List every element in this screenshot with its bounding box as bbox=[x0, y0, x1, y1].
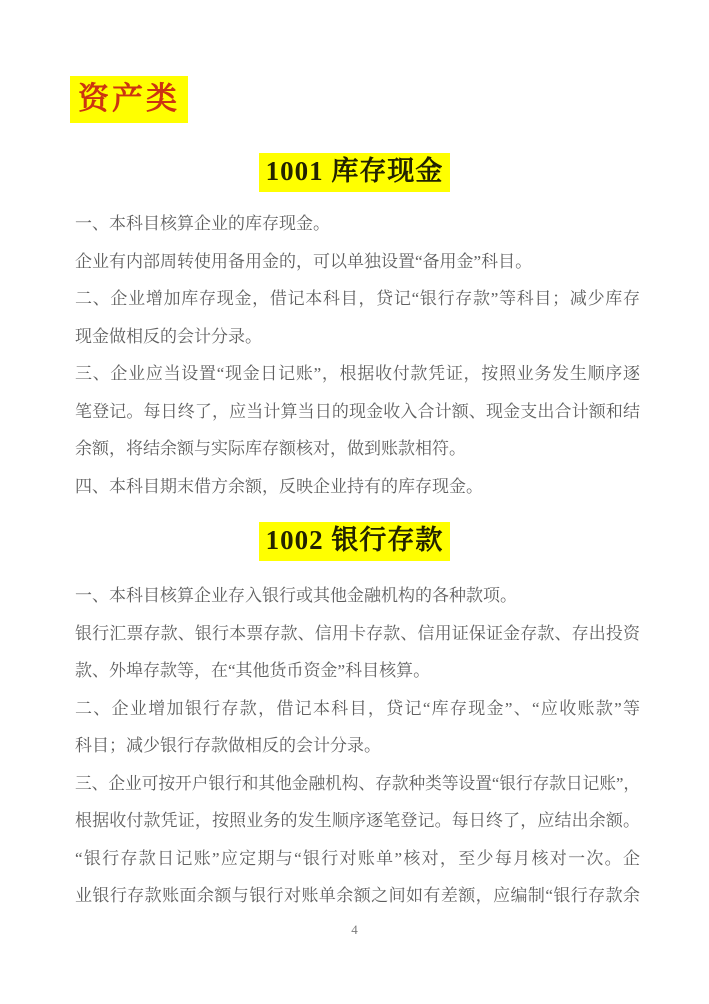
text-line: 科目；减少银行存款做相反的会计分录。 bbox=[75, 727, 640, 765]
text-line: 余额，将结余额与实际库存额核对，做到账款相符。 bbox=[75, 430, 640, 468]
document-page: 资产类 1001 库存现金 一、本科目核算企业的库存现金。企业有内部周转使用备用… bbox=[0, 0, 709, 1004]
text-line: 笔登记。每日终了，应当计算当日的现金收入合计额、现金支出合计额和结 bbox=[75, 393, 640, 431]
section-heading-text: 1001 库存现金 bbox=[259, 153, 451, 192]
doc-title: 资产类 bbox=[70, 76, 188, 123]
text-line: 业银行存款账面余额与银行对账单余额之间如有差额，应编制“银行存款余 bbox=[75, 877, 640, 915]
text-line: 四、本科目期末借方余额，反映企业持有的库存现金。 bbox=[75, 468, 640, 506]
text-line: 企业有内部周转使用备用金的，可以单独设置“备用金”科目。 bbox=[75, 243, 640, 281]
text-line: 款、外埠存款等，在“其他货币资金”科目核算。 bbox=[75, 652, 640, 690]
text-line: 三、企业应当设置“现金日记账”，根据收付款凭证，按照业务发生顺序逐 bbox=[75, 355, 640, 393]
text-line: 一、本科目核算企业存入银行或其他金融机构的各种款项。 bbox=[75, 577, 640, 615]
page-number: 4 bbox=[0, 922, 709, 938]
section-heading-text: 1002 银行存款 bbox=[259, 522, 451, 561]
section-body-1002: 一、本科目核算企业存入银行或其他金融机构的各种款项。银行汇票存款、银行本票存款、… bbox=[75, 577, 640, 915]
text-line: 银行汇票存款、银行本票存款、信用卡存款、信用证保证金存款、存出投资 bbox=[75, 615, 640, 653]
text-line: 二、企业增加银行存款，借记本科目，贷记“库存现金”、“应收账款”等 bbox=[75, 690, 640, 728]
section-heading-1002: 1002 银行存款 bbox=[0, 522, 709, 561]
section-body-1001: 一、本科目核算企业的库存现金。企业有内部周转使用备用金的，可以单独设置“备用金”… bbox=[75, 205, 640, 505]
text-line: 三、企业可按开户银行和其他金融机构、存款种类等设置“银行存款日记账”， bbox=[75, 765, 629, 803]
section-heading-1001: 1001 库存现金 bbox=[0, 153, 709, 192]
text-line: 一、本科目核算企业的库存现金。 bbox=[75, 205, 640, 243]
text-line: “银行存款日记账”应定期与“银行对账单”核对，至少每月核对一次。企 bbox=[75, 840, 640, 878]
text-line: 根据收付款凭证，按照业务的发生顺序逐笔登记。每日终了，应结出余额。 bbox=[75, 802, 640, 840]
text-line: 现金做相反的会计分录。 bbox=[75, 318, 640, 356]
text-line: 二、企业增加库存现金，借记本科目，贷记“银行存款”等科目；减少库存 bbox=[75, 280, 640, 318]
